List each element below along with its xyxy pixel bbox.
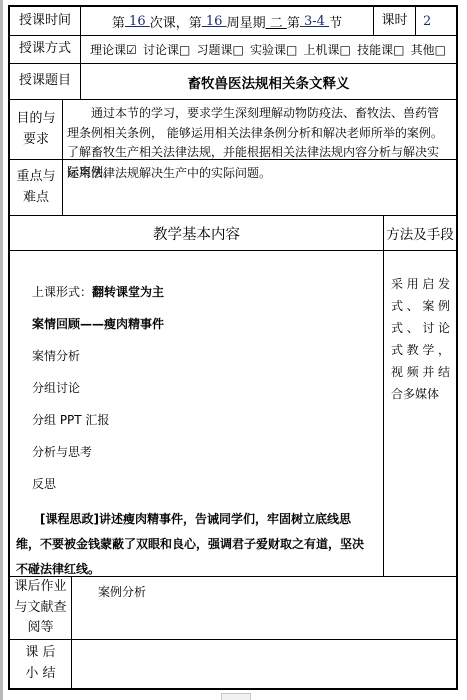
content-header-left: 教学基本内容 [10,216,383,250]
class-hours-value: 2 [415,7,456,35]
keypoints-text: 运用法律法规解决生产中的实际问题。 [67,164,450,184]
form-value: 翻转课堂为主 [92,285,164,299]
teaching-time-part: 3-4 [300,14,329,29]
form-label: 上课形式： [32,285,92,299]
content-line: 案情分析 [32,347,373,364]
summary-label: 课 后 小 结 [10,640,71,688]
course-title-value: 畜牧兽医法规相关条文释义 [80,64,456,99]
teaching-time-part: 二 [266,12,287,31]
content-header-right: 方法及手段 [383,216,456,250]
row-keypoints: 重点与 难点 运用法律法规解决生产中的实际问题。 [10,159,456,215]
content-line: 分析与思考 [32,443,373,460]
row-summary: 课 后 小 结 [10,639,456,688]
row-course-title: 授课题目 畜牧兽医法规相关条文释义 [10,63,456,99]
content-line: 分组讨论 [32,379,373,396]
content-line: 案情回顾——瘦肉精事件 [32,315,373,332]
method-checkbox-实验课[interactable]: 实验课□ [250,41,297,58]
main-content-cell: 上课形式：翻转课堂为主 案情回顾——瘦肉精事件案情分析分组讨论分组 PPT 汇报… [10,251,383,576]
scrollbar-thumb[interactable] [221,693,251,700]
method-checkbox-习题课[interactable]: 习题课□ [196,41,243,58]
teaching-time-part: 第 [287,12,300,31]
method-checkbox-技能课[interactable]: 技能课□ [357,41,404,58]
keypoints-label: 重点与 难点 [10,160,62,215]
methods-cell: 采用启发式、案例式、讨论式教学，视频并结合多媒体 [383,251,456,576]
keypoints-value: 运用法律法规解决生产中的实际问题。 [62,160,456,215]
row-homework: 课后作业 与文献查 阅等 案例分析 [10,576,456,639]
content-lines: 案情回顾——瘦肉精事件案情分析分组讨论分组 PPT 汇报分析与思考反思 [16,315,373,492]
summary-value [71,640,456,688]
homework-value: 案例分析 [71,577,456,639]
content-line: 反思 [32,475,373,492]
method-checkbox-讨论课[interactable]: 讨论课□ [143,41,190,58]
row-content-header: 教学基本内容 方法及手段 [10,215,456,250]
row-teaching-time: 授课时间 第 16 次课，第 16 周星期 二 第 3-4 节 课时 2 [10,7,456,35]
teaching-time-value: 第 16 次课，第 16 周星期 二 第 3-4 节 [80,7,373,35]
teaching-time-label: 授课时间 [10,7,80,35]
teaching-time-part: 次课，第 [150,12,202,31]
row-main-content: 上课形式：翻转课堂为主 案情回顾——瘦肉精事件案情分析分组讨论分组 PPT 汇报… [10,250,456,576]
teaching-method-options: 理论课☑讨论课□习题课□实验课□上机课□技能课□其他□ [80,36,456,63]
teaching-time-part: 16 [202,14,227,29]
teaching-time-part: 节 [329,12,342,31]
course-title-label: 授课题目 [10,64,80,99]
teaching-time-part: 16 [125,14,150,29]
teaching-time-part: 第 [112,12,125,31]
homework-label: 课后作业 与文献查 阅等 [10,577,71,639]
method-checkbox-上机课[interactable]: 上机课□ [304,41,351,58]
objectives-value: 通过本节的学习，要求学生深刻理解动物防疫法、畜牧法、兽药管理条例相关条例， 能够… [62,100,456,159]
method-checkbox-理论课[interactable]: 理论课☑ [90,41,137,58]
lesson-plan-table: 授课时间 第 16 次课，第 16 周星期 二 第 3-4 节 课时 2 授课方… [8,5,458,690]
teaching-method-label: 授课方式 [10,36,80,63]
content-line: 分组 PPT 汇报 [32,411,373,428]
ideology-paragraph: [课程思政]讲述瘦肉精事件，告诫同学们，牢固树立底线思维，不要被金钱蒙蔽了双眼和… [16,507,373,582]
method-checkbox-其他[interactable]: 其他□ [411,41,446,58]
class-hours-label: 课时 [373,7,415,35]
row-teaching-method: 授课方式 理论课☑讨论课□习题课□实验课□上机课□技能课□其他□ [10,35,456,63]
objectives-label: 目的与 要求 [10,100,62,159]
content-line-form: 上课形式：翻转课堂为主 [32,283,373,300]
row-objectives: 目的与 要求 通过本节的学习，要求学生深刻理解动物防疫法、畜牧法、兽药管理条例相… [10,99,456,159]
teaching-time-part: 周星期 [227,12,266,31]
page-edge [0,0,3,700]
